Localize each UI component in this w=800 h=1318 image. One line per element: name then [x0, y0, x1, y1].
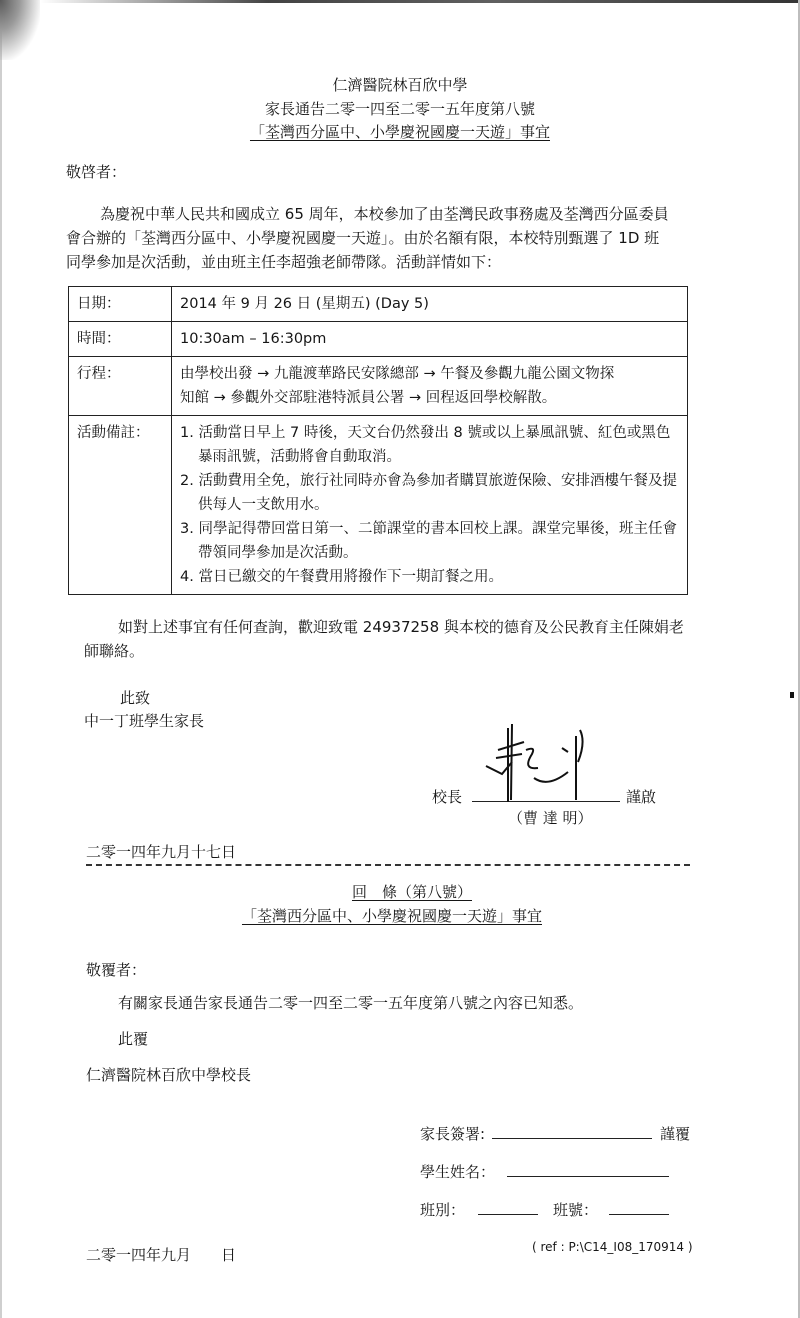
class-label: 班別：	[420, 1198, 465, 1222]
table-row-itinerary: 行程： 由學校出發 → 九龍渡華路民安隊總部 → 午餐及參觀九龍公園文物探 知館…	[69, 357, 688, 416]
intro-line-1: 為慶祝中華人民共和國成立 65 周年，本校參加了由荃灣民政事務處及荃灣西分區委員	[100, 202, 669, 226]
reply-date: 二零一四年九月 日	[86, 1243, 236, 1267]
reply-slip-subject: 「荃灣西分區中、小學慶祝國慶一天遊」事宜	[242, 907, 542, 925]
enquiry-line-2: 師聯絡。	[84, 639, 144, 663]
itinerary-line-1: 由學校出發 → 九龍渡華路民安隊總部 → 午餐及參觀九龍公園文物探	[180, 362, 679, 386]
principal-label: 校長	[432, 785, 462, 809]
itinerary-label: 行程：	[69, 357, 172, 416]
remark-item-2: 2. 活動費用全免，旅行社同時亦會為參加者購買旅遊保險、安排酒樓午餐及提供每人一…	[180, 469, 679, 517]
closing: 此致	[120, 686, 150, 710]
student-name-field[interactable]	[507, 1176, 669, 1177]
class-field[interactable]	[478, 1214, 538, 1215]
intro-line-3: 同學參加是次活動，並由班主任李超強老師帶隊。活動詳情如下：	[66, 250, 501, 274]
reply-salutation: 敬覆者：	[86, 958, 146, 982]
student-name-label: 學生姓名：	[420, 1160, 495, 1184]
recipient: 中一丁班學生家長	[84, 709, 204, 733]
class-number-field[interactable]	[609, 1214, 669, 1215]
notice-subject: 「荃灣西分區中、小學慶祝國慶一天遊」事宜	[250, 123, 550, 141]
reply-closing: 此覆	[118, 1027, 148, 1051]
date-label: 日期：	[69, 287, 172, 322]
parent-signature-field[interactable]	[492, 1138, 652, 1139]
table-row-date: 日期： 2014 年 9 月 26 日 (星期五) (Day 5)	[69, 287, 688, 322]
reply-slip-title: 回 條（第八號）	[352, 883, 472, 901]
scan-edge-left	[0, 0, 2, 1318]
activity-details-table: 日期： 2014 年 9 月 26 日 (星期五) (Day 5) 時間： 10…	[68, 286, 688, 595]
parent-signature-label: 家長簽署:	[420, 1122, 485, 1146]
enquiry-line-1: 如對上述事宜有任何查詢，歡迎致電 24937258 與本校的德育及公民教育主任陳…	[118, 615, 684, 639]
principal-closing: 謹啟	[626, 785, 656, 809]
remarks-label: 活動備註：	[69, 416, 172, 595]
table-row-remarks: 活動備註： 1. 活動當日早上 7 時後，天文台仍然發出 8 號或以上暴風訊號、…	[69, 416, 688, 595]
itinerary-line-2: 知館 → 參觀外交部駐港特派員公署 → 回程返回學校解散。	[180, 386, 679, 410]
reply-body: 有關家長通告家長通告二零一四至二零一五年度第八號之內容已知悉。	[118, 991, 583, 1015]
date-value: 2014 年 9 月 26 日 (星期五) (Day 5)	[172, 287, 688, 322]
cut-line-divider	[86, 864, 690, 866]
principal-name: （曹 達 明）	[508, 806, 593, 830]
class-number-label: 班號：	[553, 1198, 598, 1222]
scan-shadow	[0, 0, 40, 60]
itinerary-value: 由學校出發 → 九龍渡華路民安隊總部 → 午餐及參觀九龍公園文物探 知館 → 參…	[172, 357, 688, 416]
notice-number: 家長通告二零一四至二零一五年度第八號	[0, 98, 800, 120]
school-name: 仁濟醫院林百欣中學	[0, 74, 800, 96]
remark-item-3: 3. 同學記得帶回當日第一、二節課堂的書本回校上課。課堂完畢後，班主任會帶領同學…	[180, 517, 679, 565]
salutation: 敬啓者：	[66, 160, 126, 184]
principal-signature-icon	[478, 722, 588, 804]
time-value: 10:30am – 16:30pm	[172, 322, 688, 357]
remark-item-1: 1. 活動當日早上 7 時後，天文台仍然發出 8 號或以上暴風訊號、紅色或黑色暴…	[180, 421, 679, 469]
table-row-time: 時間： 10:30am – 16:30pm	[69, 322, 688, 357]
reference-code: ( ref : P:\C14_I08_170914 )	[532, 1240, 693, 1254]
remark-item-4: 4. 當日已繳交的午餐費用將撥作下一期訂餐之用。	[180, 565, 679, 589]
scan-edge-top	[40, 0, 800, 3]
parent-signature-closing: 謹覆	[660, 1122, 690, 1146]
notice-date: 二零一四年九月十七日	[86, 840, 236, 864]
reply-recipient: 仁濟醫院林百欣中學校長	[86, 1063, 251, 1087]
intro-line-2: 會合辦的「荃灣西分區中、小學慶祝國慶一天遊」。由於名額有限，本校特別甄選了 1D…	[66, 226, 659, 250]
remarks-value: 1. 活動當日早上 7 時後，天文台仍然發出 8 號或以上暴風訊號、紅色或黑色暴…	[172, 416, 688, 595]
time-label: 時間：	[69, 322, 172, 357]
scan-speck	[790, 692, 794, 698]
